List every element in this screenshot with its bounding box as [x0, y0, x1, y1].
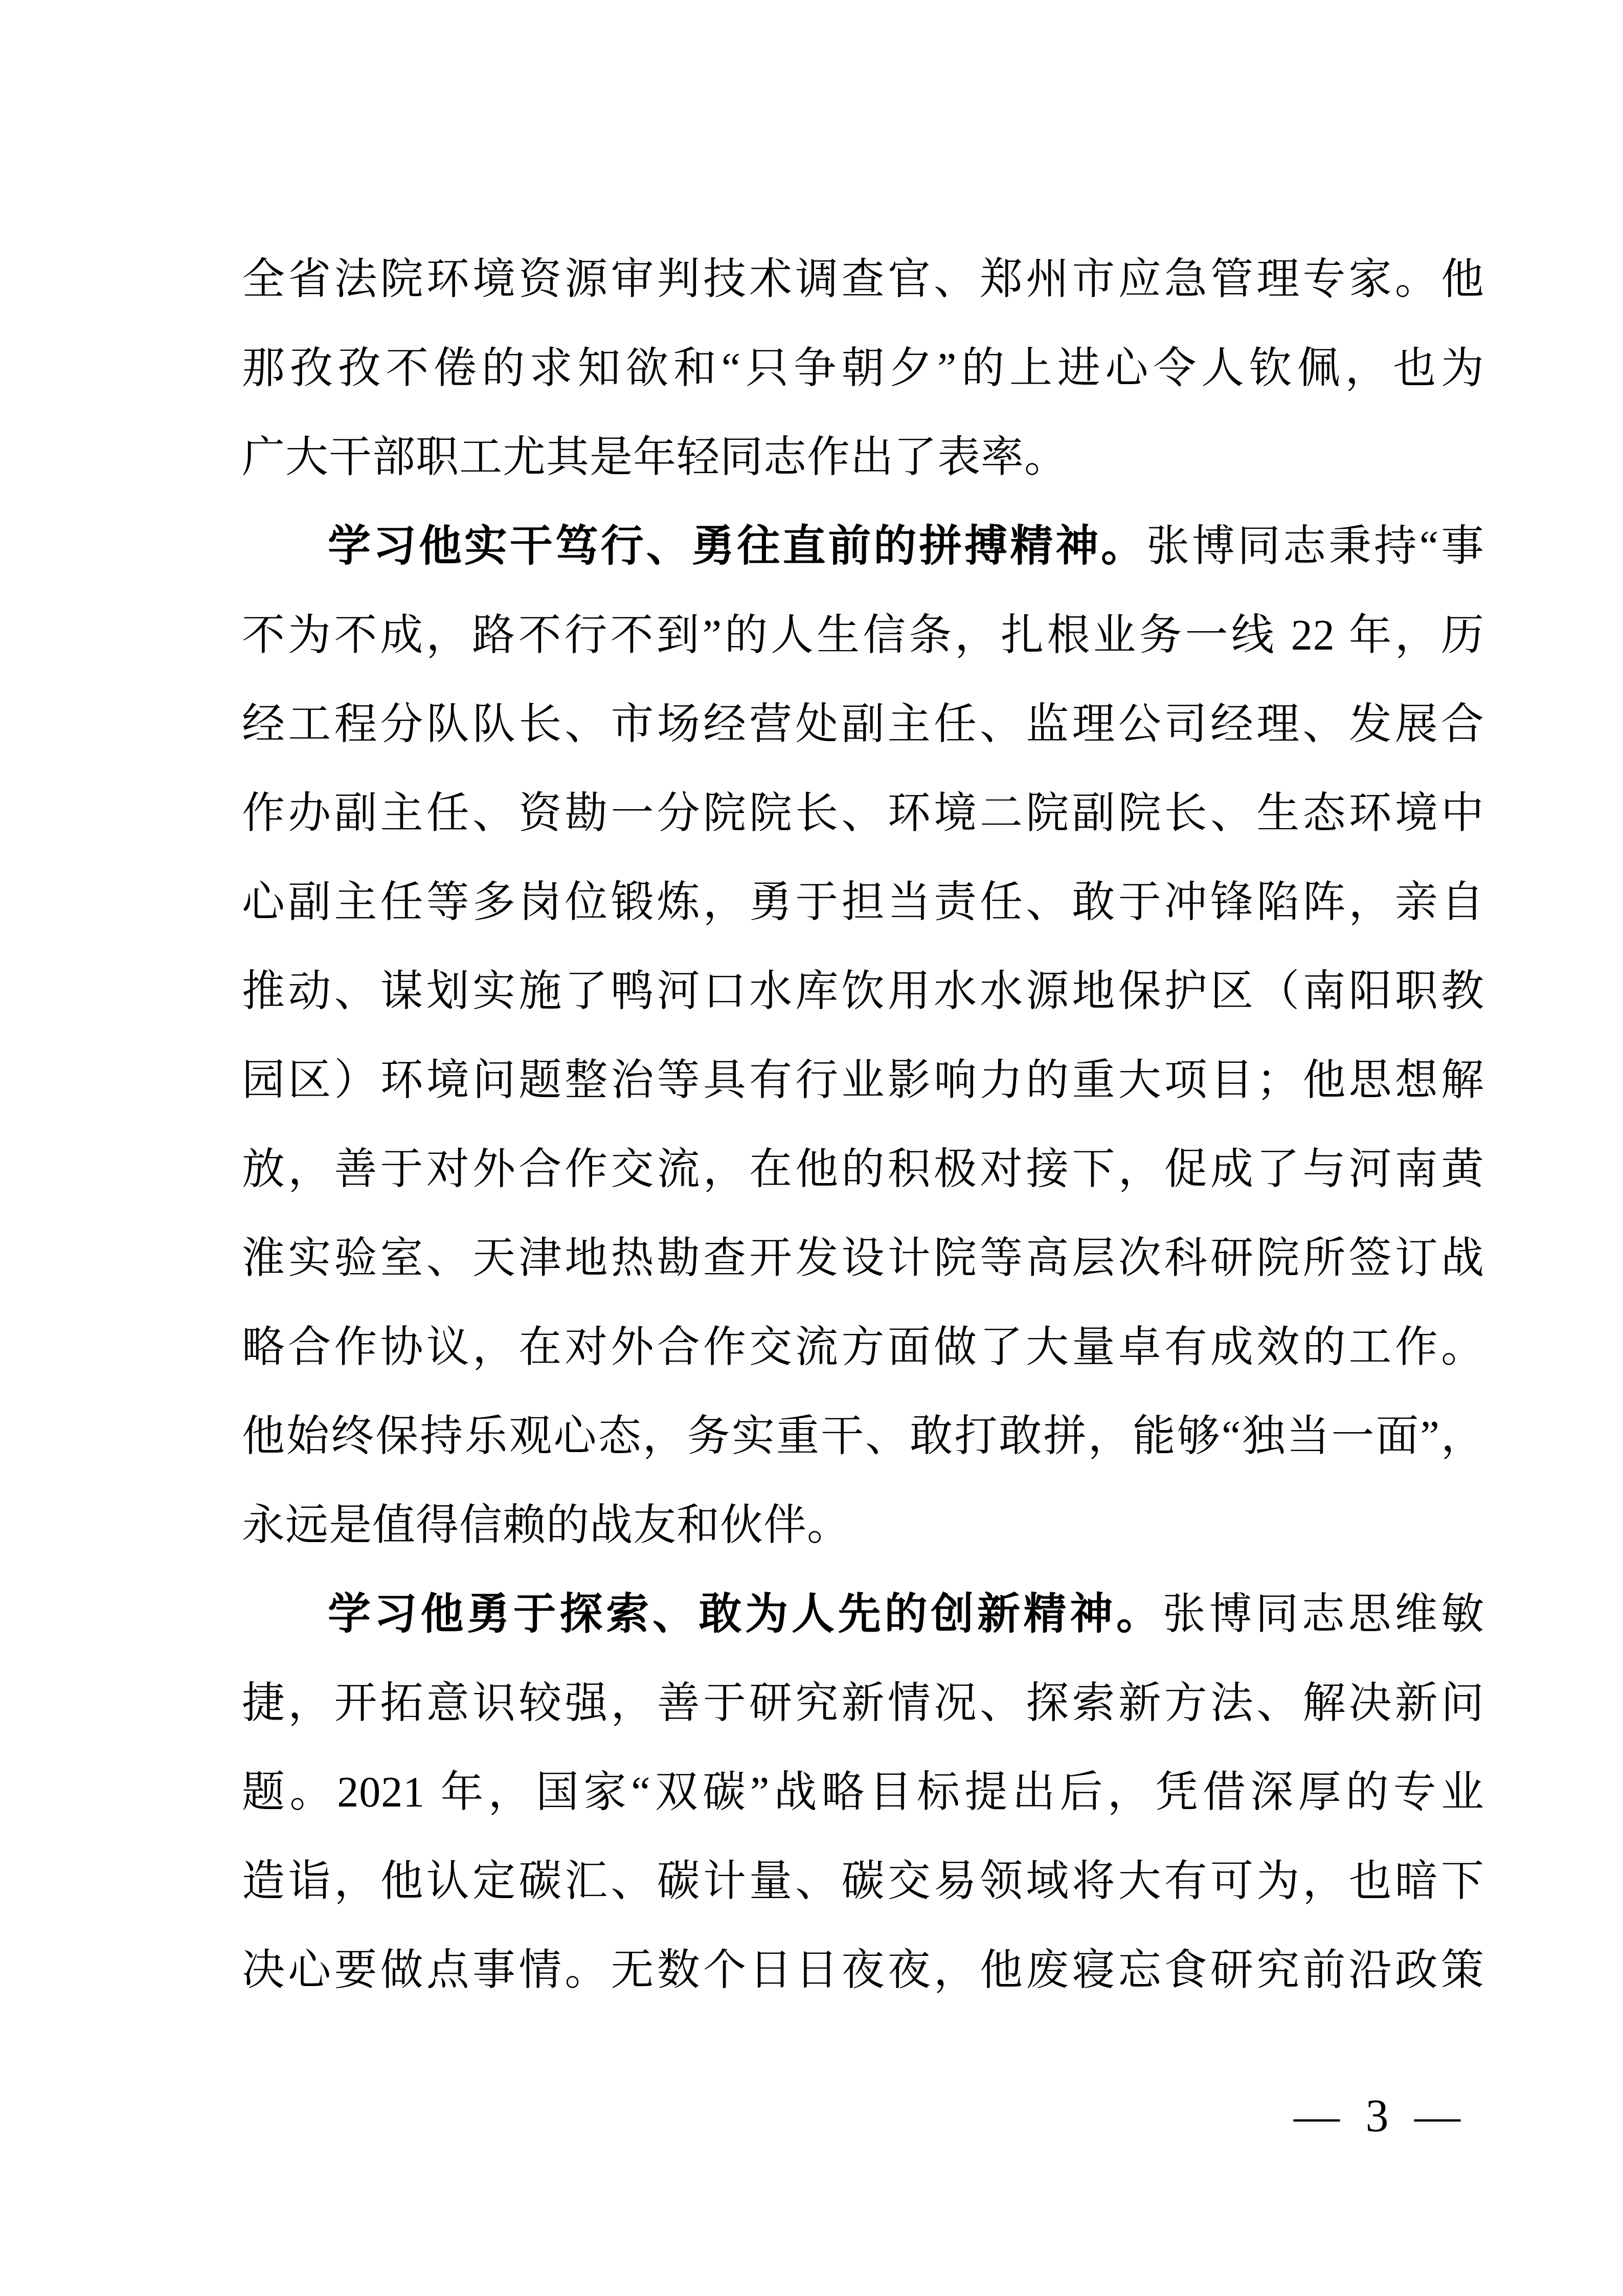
page-number: — 3 —	[1294, 2088, 1460, 2145]
text-line: 那孜孜不倦的求知欲和“只争朝夕”的上进心令人钦佩，也为	[242, 324, 1484, 413]
paragraph-3: 学习他勇于探索、敢为人先的创新精神。张博同志思维敏 捷，开拓意识较强，善于研究新…	[242, 1570, 1484, 2015]
text-line: 学习他实干笃行、勇往直前的拼搏精神。张博同志秉持“事	[242, 502, 1484, 591]
text-line: 作办副主任、资勘一分院院长、环境二院副院长、生态环境中	[242, 769, 1484, 858]
text-line: 他始终保持乐观心态，务实重干、敢打敢拼，能够“独当一面”，	[242, 1392, 1484, 1481]
text-line: 推动、谋划实施了鸭河口水库饮用水水源地保护区（南阳职教	[242, 947, 1484, 1036]
text-line: 捷，开拓意识较强，善于研究新情况、探索新方法、解决新问	[242, 1659, 1484, 1748]
lead-in-bold-text: 学习他勇于探索、敢为人先的创新精神。	[328, 1591, 1163, 1638]
text-line: 广大干部职工尤其是年轻同志作出了表率。	[242, 413, 1484, 502]
paragraph-2: 学习他实干笃行、勇往直前的拼搏精神。张博同志秉持“事 不为不成，路不行不到”的人…	[242, 502, 1484, 1570]
paragraph-1: 全省法院环境资源审判技术调查官、郑州市应急管理专家。他 那孜孜不倦的求知欲和“只…	[242, 235, 1484, 502]
text-line: 淮实验室、天津地热勘查开发设计院等高层次科研院所签订战	[242, 1214, 1484, 1303]
text-segment: 张博同志思维敏	[1163, 1591, 1484, 1638]
text-line: 经工程分队队长、市场经营处副主任、监理公司经理、发展合	[242, 680, 1484, 769]
text-line: 全省法院环境资源审判技术调查官、郑州市应急管理专家。他	[242, 235, 1484, 324]
lead-in-bold-text: 学习他实干笃行、勇往直前的拼搏精神。	[328, 523, 1146, 570]
text-line: 放，善于对外合作交流，在他的积极对接下，促成了与河南黄	[242, 1125, 1484, 1214]
text-line: 心副主任等多岗位锻炼，勇于担当责任、敢于冲锋陷阵，亲自	[242, 858, 1484, 947]
text-line: 园区）环境问题整治等具有行业影响力的重大项目；他思想解	[242, 1036, 1484, 1125]
text-line: 决心要做点事情。无数个日日夜夜，他废寝忘食研究前沿政策	[242, 1926, 1484, 2015]
text-line: 学习他勇于探索、敢为人先的创新精神。张博同志思维敏	[242, 1570, 1484, 1659]
document-body: 全省法院环境资源审判技术调查官、郑州市应急管理专家。他 那孜孜不倦的求知欲和“只…	[242, 235, 1484, 2015]
text-line: 永远是值得信赖的战友和伙伴。	[242, 1481, 1484, 1570]
text-line: 不为不成，路不行不到”的人生信条，扎根业务一线 22 年，历	[242, 591, 1484, 680]
text-line: 造诣，他认定碳汇、碳计量、碳交易领域将大有可为，也暗下	[242, 1837, 1484, 1926]
text-line: 略合作协议，在对外合作交流方面做了大量卓有成效的工作。	[242, 1303, 1484, 1392]
text-line: 题。2021 年，国家“双碳”战略目标提出后，凭借深厚的专业	[242, 1748, 1484, 1837]
text-segment: 张博同志秉持“事	[1146, 523, 1484, 570]
